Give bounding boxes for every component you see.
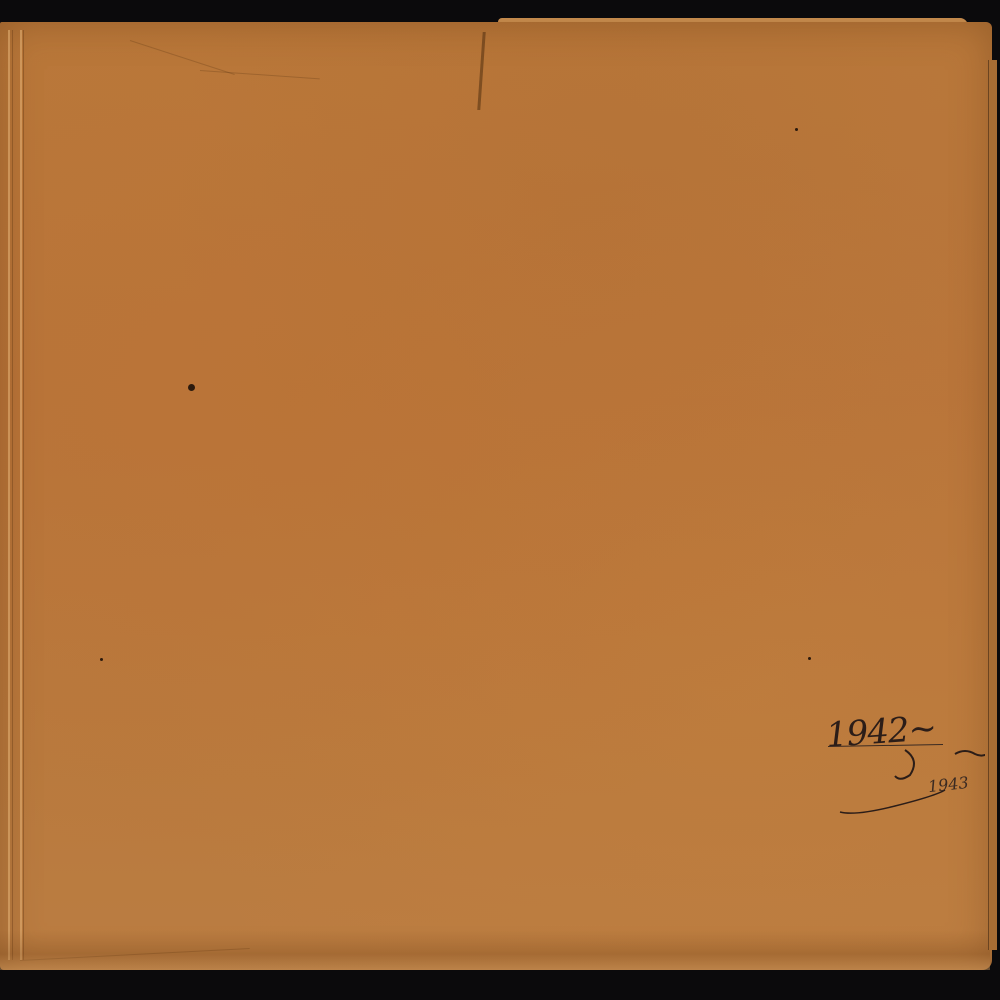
spine-fold-shadow	[23, 30, 24, 960]
right-page-edge	[988, 60, 997, 950]
spine-fold-shadow	[12, 30, 13, 960]
bottom-worn-edge	[0, 930, 990, 970]
spine-fold-line	[20, 30, 22, 960]
ink-spot	[808, 657, 811, 660]
ink-spot	[188, 384, 195, 391]
ink-spot	[100, 658, 103, 661]
spine-fold-line	[8, 30, 10, 960]
ink-spot	[795, 128, 798, 131]
folder-cover	[0, 22, 992, 970]
